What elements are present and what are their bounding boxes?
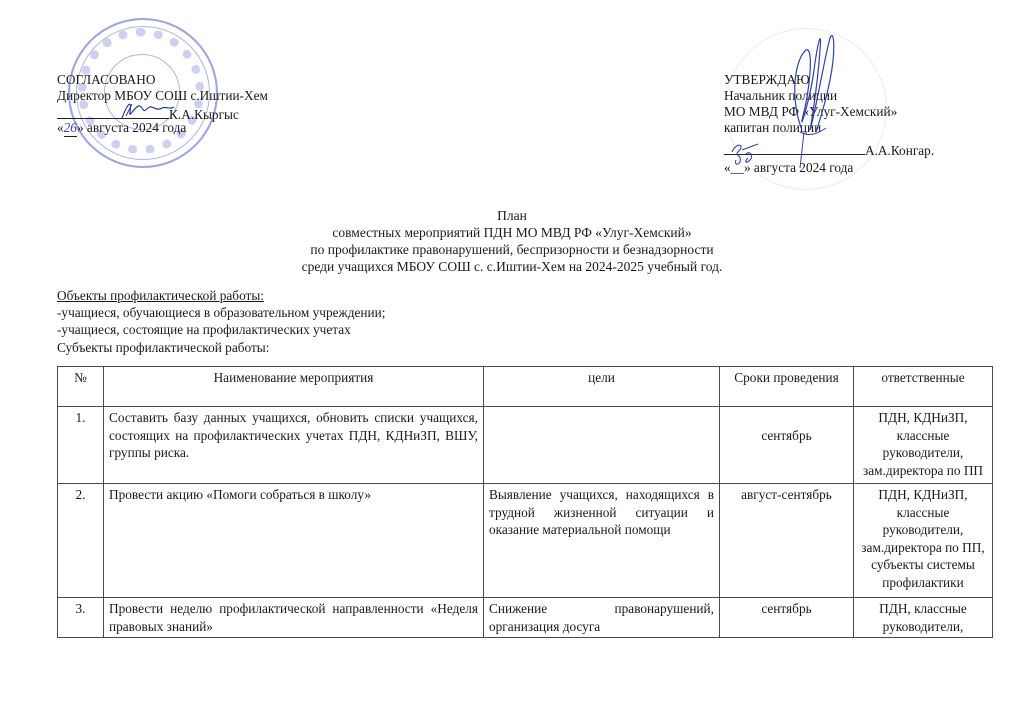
responsible-line: профилактики [859, 574, 987, 592]
responsible-line: субъекты системы [859, 556, 987, 574]
title-line-2: совместных мероприятий ПДН МО МВД РФ «Ул… [0, 225, 1024, 241]
row-date: сентябрь [720, 407, 854, 484]
responsible-line: ПДН, КДНиЗП, [859, 409, 987, 427]
responsible-line: классные [859, 504, 987, 522]
table-row: 1. Составить базу данных учащихся, обнов… [58, 407, 993, 484]
row-event-name: Составить базу данных учащихся, обновить… [104, 407, 484, 484]
title-line-1: План [0, 208, 1024, 224]
row-responsible: ПДН, КДНиЗП, классные руководители, зам.… [854, 407, 993, 484]
plan-table: № Наименование мероприятия цели Сроки пр… [57, 366, 993, 638]
responsible-line: ПДН, классные [859, 600, 987, 618]
header-number: № [58, 367, 104, 407]
police-chief-signature [780, 20, 850, 170]
row-goal [484, 407, 720, 484]
row-goal: Выявление учащихся, находящихся в трудно… [484, 484, 720, 598]
row-event-name: Провести акцию «Помоги собраться в школу… [104, 484, 484, 598]
title-line-4: среди учащихся МБОУ СОШ с. с.Иштии-Хем н… [0, 259, 1024, 275]
row-number: 3. [58, 598, 104, 638]
row-responsible: ПДН, КДНиЗП, классные руководители, зам.… [854, 484, 993, 598]
table-header-row: № Наименование мероприятия цели Сроки пр… [58, 367, 993, 407]
approval-left-heading: СОГЛАСОВАНО [57, 72, 155, 88]
date-open-quote: « [57, 120, 64, 135]
responsible-line: руководители, [859, 444, 987, 462]
objects-heading: Объекты профилактической работы: [57, 288, 264, 304]
header-responsible: ответственные [854, 367, 993, 407]
row-responsible: ПДН, классные руководители, [854, 598, 993, 638]
row-goal: Снижение правонарушений, организация дос… [484, 598, 720, 638]
approval-right-name: А.А.Конгар. [865, 143, 934, 158]
header-goals: цели [484, 367, 720, 407]
table-row: 3. Провести неделю профилактической напр… [58, 598, 993, 638]
row-number: 2. [58, 484, 104, 598]
title-line-3: по профилактике правонарушений, беспризо… [0, 242, 1024, 258]
responsible-line: ПДН, КДНиЗП, [859, 486, 987, 504]
responsible-line: руководители, [859, 521, 987, 539]
date-signature [728, 140, 768, 168]
row-event-name: Провести неделю профилактической направл… [104, 598, 484, 638]
responsible-line: классные [859, 427, 987, 445]
responsible-line: зам.директора по ПП [859, 462, 987, 480]
header-event-name: Наименование мероприятия [104, 367, 484, 407]
date-rest: » августа 2024 года [77, 120, 186, 135]
responsible-line: руководители, [859, 618, 987, 636]
object-item: -учащиеся, обучающиеся в образовательном… [57, 305, 385, 321]
row-date: сентябрь [720, 598, 854, 638]
row-number: 1. [58, 407, 104, 484]
approval-left-date: «26» августа 2024 года [57, 120, 186, 137]
approval-left-date-day: 26 [64, 120, 77, 137]
object-item: -учащиеся, состоящие на профилактических… [57, 322, 351, 338]
subjects-heading: Субъекты профилактической работы: [57, 340, 269, 356]
header-dates: Сроки проведения [720, 367, 854, 407]
row-date: август-сентябрь [720, 484, 854, 598]
responsible-line: зам.директора по ПП, [859, 539, 987, 557]
table-row: 2. Провести акцию «Помоги собраться в шк… [58, 484, 993, 598]
director-signature [118, 98, 178, 122]
